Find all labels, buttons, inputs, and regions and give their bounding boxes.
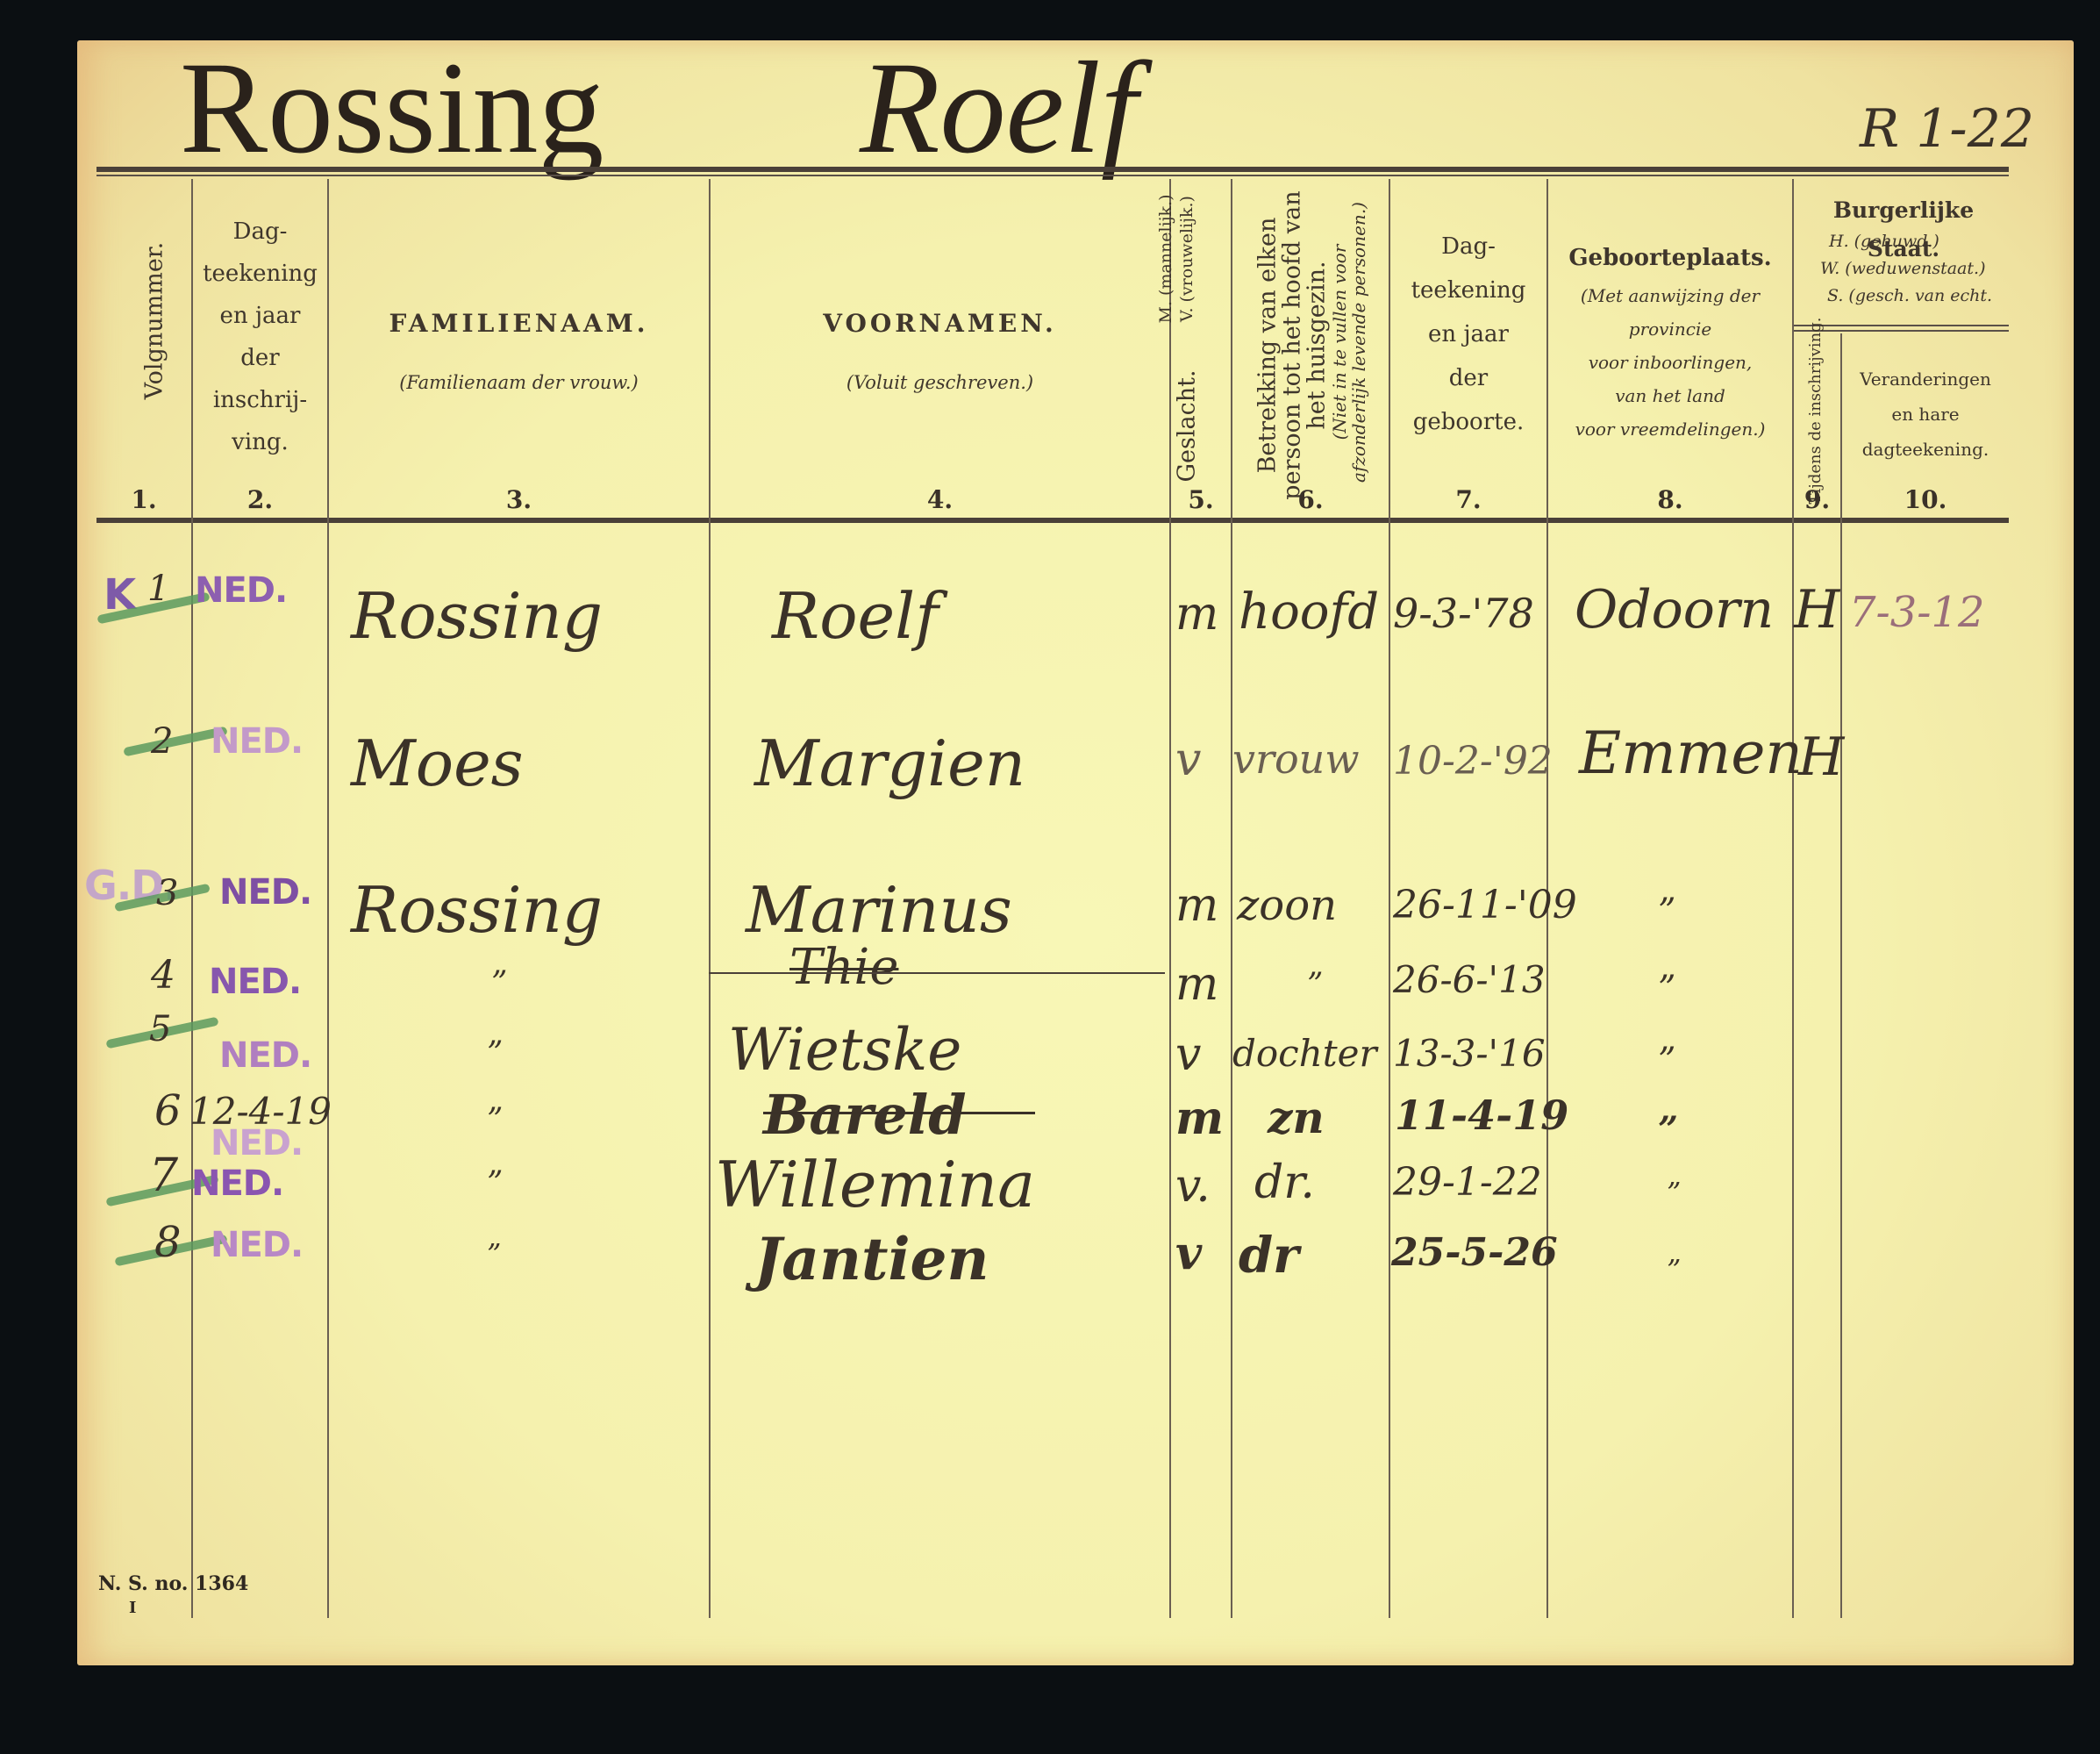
birth-place-cell: ” [1667,1253,1681,1286]
header-rule-thin [96,175,2009,176]
birth-place-cell: Odoorn [1575,579,1774,641]
civil-status-cell: H [1798,727,1844,788]
sex-cell: m [1175,958,1218,1011]
legend-gescheiden: S. (gesch. van echt. [1820,283,1992,310]
surname-cell: Rossing [351,873,603,947]
birth-place-cell: ” [1658,1041,1675,1081]
header-line: Dag- [193,211,327,253]
birth-date-cell: 25-5-26 [1391,1230,1558,1275]
nationality-stamp: NED. [211,1225,303,1265]
relation-cell: zn [1268,1092,1325,1143]
given-name-cell: Marinus [746,873,1012,947]
birth-place-cell: ” [1658,891,1675,932]
birth-date-cell: 10-2-'92 [1393,739,1553,784]
given-name-cell: Wietske [728,1016,961,1084]
sex-cell: v [1175,1028,1201,1081]
row-number: 7 [149,1149,178,1202]
col-divider-5 [1231,179,1232,1618]
header-veranderingen: Veranderingen en hare dagteekening. [1842,362,2009,467]
form-sub-number: I [129,1599,136,1617]
header-line: inschrij- [193,379,327,421]
civil-status-split-rule-2 [1792,330,2009,332]
sex-cell: m [1175,588,1218,641]
header-line: en hare [1842,397,2009,432]
header-line: teekening [193,253,327,295]
header-line: dagteekening. [1842,432,2009,467]
birth-place-cell: ” [1658,1109,1678,1150]
birth-date-cell: 29-1-22 [1393,1160,1542,1205]
header-geboorte-datum: Dag- teekening en jaar der geboorte. [1390,225,1546,444]
header-geslacht-m: M. (mannelijk.) [1156,184,1175,333]
nationality-stamp: NED. [219,872,311,913]
header-line: geboorte. [1390,400,1546,444]
header-line: en jaar [1390,312,1546,356]
header-betrekking-2: persoon tot het hoofd van [1279,161,1306,530]
form-number: N. S. no. 1364 [98,1572,248,1595]
header-voornamen: VOORNAMEN. [711,303,1169,345]
surname-cell: ” [487,1165,503,1201]
header-line: Dag- [1390,225,1546,268]
column-number-rule [96,518,2009,523]
given-name-cell: Roelf [772,579,939,653]
header-civil-status-legend: H. (gehuwd.) W. (weduwenstaat.) S. (gesc… [1820,228,1992,310]
header-line: voor vreemdelingen.) [1548,412,1792,446]
nationality-stamp: NED. [209,962,301,1002]
col-number-9: 9. [1794,485,1840,514]
relation-cell: zoon [1237,881,1337,930]
header-line: van het land [1548,379,1792,412]
col-number-1: 1. [96,485,191,514]
header-line: voor inboorlingen, [1548,346,1792,379]
row-number: 5 [149,1009,171,1049]
row-number: 3 [156,873,178,913]
strike-line [709,972,1165,974]
card-surname-title: Rossing [180,42,604,174]
nationality-stamp: NED. [211,1123,303,1163]
birth-date-cell: 26-11-'09 [1393,883,1577,927]
card-reference: R 1-22 [1860,98,2034,160]
header-line: ving. [193,421,327,463]
row-number: 1 [147,569,169,609]
col-divider-8 [1792,179,1794,1618]
relation-cell: vrouw [1232,735,1360,783]
birth-place-cell: ” [1658,969,1675,1009]
row-number: 8 [154,1218,182,1267]
col-number-5: 5. [1171,485,1231,514]
legend-weduwenstaat: W. (weduwenstaat.) [1820,255,1992,283]
surname-cell: ” [487,1035,503,1071]
sex-cell: v [1175,734,1201,786]
relation-cell: dr [1239,1227,1299,1285]
col-number-7: 7. [1390,485,1546,514]
sex-cell: v [1175,1227,1202,1280]
row-number: 4 [151,953,175,998]
given-name-cell: Jantien [754,1225,989,1293]
sex-cell: v. [1175,1160,1211,1213]
civil-status-split-rule [1792,325,2009,326]
given-name-cell: Thie [789,939,898,996]
col-number-6: 6. [1232,485,1389,514]
col-number-3: 3. [329,485,709,514]
status-change-cell: 7-3-12 [1849,588,1985,637]
given-name-cell: Margien [754,727,1025,800]
header-line: der [1390,356,1546,400]
relation-cell: dr. [1254,1156,1315,1209]
col-number-10: 10. [1842,485,2009,514]
sex-cell: m [1175,1092,1224,1145]
legend-gehuwd: H. (gehuwd.) [1820,228,1992,255]
header-geboorteplaats-sub: (Met aanwijzing der provincie voor inboo… [1548,279,1792,446]
birth-date-cell: 11-4-19 [1395,1092,1568,1139]
header-betrekking-note-2: afzonderlijk levende personen.) [1348,158,1369,526]
header-voornamen-sub: (Voluit geschreven.) [711,362,1169,404]
nationality-stamp: NED. [219,1035,311,1076]
header-geboorteplaats: Geboorteplaats. [1548,237,1792,279]
nationality-stamp: NED. [195,570,287,611]
relation-cell: dochter [1232,1032,1377,1075]
header-line: provincie [1548,312,1792,346]
header-line: (Met aanwijzing der [1548,279,1792,312]
surname-cell: Rossing [351,579,603,653]
relation-cell: ” [1307,967,1323,1003]
header-line: Veranderingen [1842,362,2009,397]
header-volgnummer: Volgnummer. [141,190,168,453]
birth-date-cell: 13-3-'16 [1393,1032,1546,1075]
header-betrekking-1: Betrekking van elken [1254,161,1282,530]
surname-cell: ” [487,1102,503,1138]
row-number: 2 [151,721,173,762]
header-familienaam: FAMILIENAAM. [329,303,709,345]
header-betrekking-3: het huisgezin. [1304,161,1331,530]
card-given-name-title: Roelf [860,42,1138,174]
birth-place-cell: Emmen [1579,719,1803,787]
given-name-cell: Bareld [763,1083,967,1147]
birth-date-cell: 26-6-'13 [1393,958,1546,1001]
given-name-cell: Willemina [715,1148,1035,1221]
header-tijdens-inschrijving: Tijdens de inschrijving. [1807,314,1825,507]
surname-cell: ” [491,965,507,1001]
header-geslacht-v: V. (vrouwelijk.) [1177,184,1196,333]
col-divider-4 [1169,179,1171,1618]
col-number-4: 4. [711,485,1169,514]
sex-cell: m [1175,879,1218,932]
header-betrekking-note-1: (Niet in te vullen voor [1329,158,1350,526]
relation-cell: hoofd [1239,583,1379,641]
strike-line [763,1112,1035,1114]
civil-status-cell: H [1794,579,1839,641]
birth-place-cell: ” [1667,1176,1681,1209]
nationality-stamp: NED. [191,1163,283,1204]
birth-date-cell: 9-3-'78 [1393,590,1534,637]
nationality-stamp: NED. [211,721,303,762]
header-line: en jaar [193,295,327,337]
header-line: der [193,337,327,379]
col-number-8: 8. [1548,485,1792,514]
row-number: 6 [154,1086,182,1135]
surname-cell: ” [487,1237,501,1271]
header-inschrijving: Dag- teekening en jaar der inschrij- vin… [193,211,327,463]
surname-cell: Moes [351,727,524,800]
header-familienaam-sub: (Familienaam der vrouw.) [329,362,709,404]
col-divider-9 [1840,333,1842,1618]
col-number-2: 2. [193,485,327,514]
header-line: teekening [1390,268,1546,312]
header-rule [96,167,2009,172]
